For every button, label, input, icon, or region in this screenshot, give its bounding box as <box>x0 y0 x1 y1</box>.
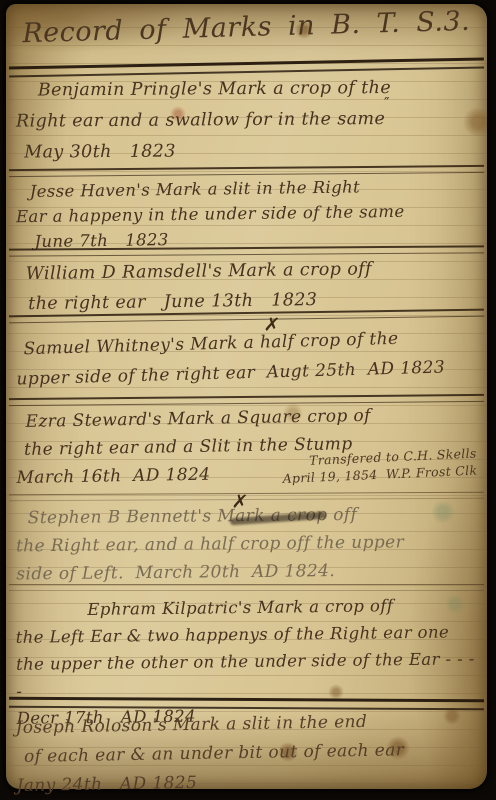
record-entry-jesse-haven: Jesse Haven's Mark a slit in the Right E… <box>15 173 479 254</box>
manuscript-page: Record of Marks in B. T. S.3. Benjamin P… <box>6 4 487 789</box>
record-entry-samuel-whitney: Samuel Whitney's Mark a half crop of the… <box>15 322 479 395</box>
record-entry-stephen-bennett: Stephen B Bennett's Mark a crop off the … <box>16 500 480 589</box>
separator-rule <box>9 584 484 591</box>
entry-line: May 30th 1823 <box>16 134 479 168</box>
ditto-mark: ″ <box>384 94 390 112</box>
entry-line: Benjamin Pringle's Mark a crop of the <box>16 72 479 106</box>
record-entry-benjamin-pringle: Benjamin Pringle's Mark a crop of the Ri… <box>16 72 480 168</box>
entry-line: Right ear and a swallow for in the same <box>16 103 479 137</box>
record-entry-joseph-roloson: Joseph Roloson's Mark a slit in the end … <box>15 706 479 800</box>
entry-line: the upper the other on the under side of… <box>16 645 480 705</box>
